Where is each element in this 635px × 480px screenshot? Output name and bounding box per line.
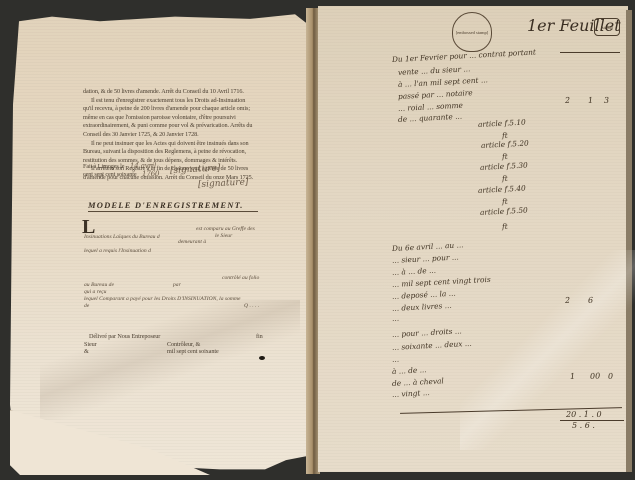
amount-sols: 6: [588, 296, 594, 305]
entry-line: ...: [392, 314, 400, 323]
form-line: est comparu au Greffe des: [196, 226, 255, 232]
total-line: 20 . 1 . 0: [566, 410, 602, 419]
small-stamp: [stamp]: [594, 18, 620, 36]
article-separator: ft: [502, 152, 508, 161]
form-line: qui a reçu: [84, 289, 106, 295]
fold-shadow: [40, 300, 300, 420]
scanned-document-spread: dation, & de 50 livres d'amende. Arrêt d…: [0, 0, 635, 480]
regulation-line: dation, & de 50 livres d'amende. Arrêt d…: [83, 88, 255, 97]
entry-line: à ... de ...: [392, 365, 427, 376]
model-title: MODELE D'ENREGISTREMENT.: [88, 200, 244, 210]
form-line: Q . . . .: [244, 303, 259, 309]
ink-blot: [259, 356, 265, 360]
embossed-stamp: [embossed stamp]: [452, 12, 492, 52]
amount-deniers: 3: [604, 96, 610, 105]
form-line: contrôlé au folio: [222, 275, 259, 281]
article-separator: ft: [502, 222, 508, 231]
footer-line: Délivré par Nous Entreposeur: [89, 333, 160, 342]
amount-livres: 1: [570, 372, 576, 381]
total-line: 5 . 6 .: [572, 421, 595, 430]
amount-livres: 2: [565, 296, 571, 305]
amount-livres: 2: [565, 96, 571, 105]
footer-line: &: [84, 348, 89, 357]
form-line: lequel a requis l'Insinuation d: [84, 248, 151, 254]
title-underline: [88, 211, 258, 212]
handwritten-year: 1760: [142, 170, 159, 178]
form-line: le Sieur: [215, 233, 232, 239]
form-line: de: [84, 303, 89, 309]
form-line: Insinuations Laïques du Bureau d: [84, 234, 160, 240]
article-separator: ft: [502, 197, 508, 206]
amount-sols: 00: [590, 371, 601, 381]
amount-sols: 1: [588, 96, 594, 105]
handwritten-date: 14 avril: [130, 162, 156, 170]
regulation-paragraph: Il est tenu d'enregistrer exactement tou…: [83, 97, 255, 140]
article-separator: ft: [502, 174, 508, 183]
amount-deniers: 0: [608, 372, 614, 381]
form-line: demeurant à: [178, 239, 206, 245]
footer-line: fin: [256, 333, 263, 342]
header-rule: [560, 52, 620, 53]
year-line: cent sept cent soixante 1760: [83, 170, 159, 180]
form-line: au Bureau de: [84, 282, 114, 288]
form-line: par: [173, 282, 181, 288]
form-line: lequel Comparant a payé pour les Droits …: [84, 296, 240, 302]
footer-line: mil sept cent soixante: [167, 348, 219, 357]
entry-line: ...: [392, 355, 400, 364]
